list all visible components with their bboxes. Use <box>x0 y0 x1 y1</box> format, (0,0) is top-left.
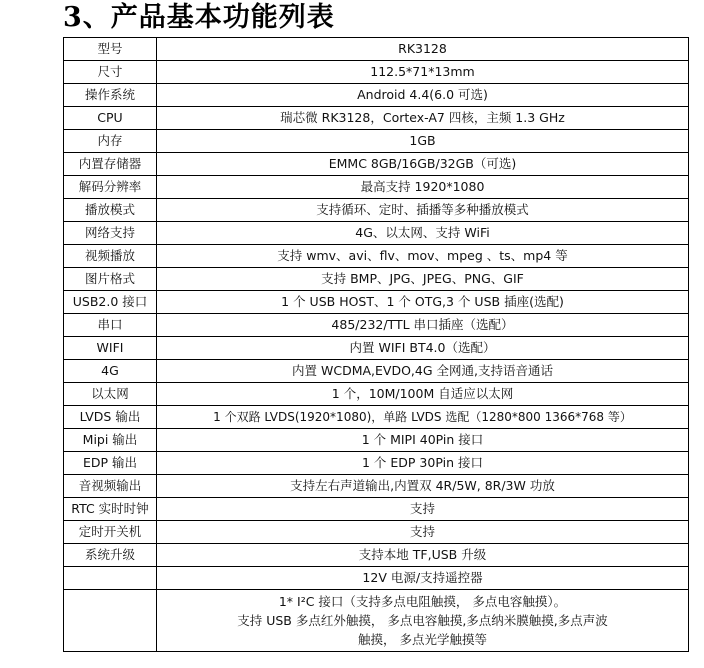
row-value: 12V 电源/支持遥控器 <box>157 567 689 590</box>
row-value: 支持 <box>157 498 689 521</box>
row-label: Mipi 输出 <box>64 429 157 452</box>
row-label: 解码分辨率 <box>64 176 157 199</box>
row-label: 图片格式 <box>64 268 157 291</box>
table-row: WIFI内置 WIFI BT4.0（选配） <box>64 337 689 360</box>
table-row: 定时开关机支持 <box>64 521 689 544</box>
row-label <box>64 590 157 652</box>
row-label: 操作系统 <box>64 84 157 107</box>
row-value: 1GB <box>157 130 689 153</box>
row-value: 支持 wmv、avi、flv、mov、mpeg 、ts、mp4 等 <box>157 245 689 268</box>
table-row: 网络支持4G、以太网、支持 WiFi <box>64 222 689 245</box>
table-row: 尺寸112.5*71*13mm <box>64 61 689 84</box>
row-value: 内置 WCDMA,EVDO,4G 全网通,支持语音通话 <box>157 360 689 383</box>
table-row: 图片格式支持 BMP、JPG、JPEG、PNG、GIF <box>64 268 689 291</box>
table-row: 内置存储器EMMC 8GB/16GB/32GB（可选) <box>64 153 689 176</box>
row-value: 支持循环、定时、插播等多种播放模式 <box>157 199 689 222</box>
row-label: 网络支持 <box>64 222 157 245</box>
row-label: 内置存储器 <box>64 153 157 176</box>
row-value: 内置 WIFI BT4.0（选配） <box>157 337 689 360</box>
row-label: 视频播放 <box>64 245 157 268</box>
row-value: 支持本地 TF,USB 升级 <box>157 544 689 567</box>
row-label: CPU <box>64 107 157 130</box>
spec-table: 型号RK3128 尺寸112.5*71*13mm 操作系统Android 4.4… <box>63 37 689 652</box>
table-row: 型号RK3128 <box>64 38 689 61</box>
row-label: RTC 实时时钟 <box>64 498 157 521</box>
row-label: 定时开关机 <box>64 521 157 544</box>
row-value: 1 个 USB HOST、1 个 OTG,3 个 USB 插座(选配) <box>157 291 689 314</box>
row-label: WIFI <box>64 337 157 360</box>
table-row-touch: 1* I²C 接口（支持多点电阻触摸， 多点电容触摸）。 支持 USB 多点红外… <box>64 590 689 652</box>
touch-line-3: 触摸， 多点光学触摸等 <box>157 630 688 649</box>
touch-line-2: 支持 USB 多点红外触摸， 多点电容触摸,多点纳米膜触摸,多点声波 <box>157 611 688 630</box>
table-row: 播放模式支持循环、定时、插播等多种播放模式 <box>64 199 689 222</box>
row-value: EMMC 8GB/16GB/32GB（可选) <box>157 153 689 176</box>
row-value: 1 个，10M/100M 自适应以太网 <box>157 383 689 406</box>
row-value: 112.5*71*13mm <box>157 61 689 84</box>
table-row: 音视频输出支持左右声道输出,内置双 4R/5W, 8R/3W 功放 <box>64 475 689 498</box>
row-value: 485/232/TTL 串口插座（选配） <box>157 314 689 337</box>
row-value: 瑞芯微 RK3128，Cortex-A7 四核，主频 1.3 GHz <box>157 107 689 130</box>
row-label <box>64 567 157 590</box>
table-row: 以太网1 个，10M/100M 自适应以太网 <box>64 383 689 406</box>
row-value-multiline: 1* I²C 接口（支持多点电阻触摸， 多点电容触摸）。 支持 USB 多点红外… <box>157 590 689 652</box>
row-label: 尺寸 <box>64 61 157 84</box>
row-value: Android 4.4(6.0 可选) <box>157 84 689 107</box>
row-label: 播放模式 <box>64 199 157 222</box>
row-label: USB2.0 接口 <box>64 291 157 314</box>
row-value: 4G、以太网、支持 WiFi <box>157 222 689 245</box>
table-row: Mipi 输出1 个 MIPI 40Pin 接口 <box>64 429 689 452</box>
table-row: 串口485/232/TTL 串口插座（选配） <box>64 314 689 337</box>
row-label: 内存 <box>64 130 157 153</box>
row-label: EDP 输出 <box>64 452 157 475</box>
row-label: 串口 <box>64 314 157 337</box>
table-row: 4G内置 WCDMA,EVDO,4G 全网通,支持语音通话 <box>64 360 689 383</box>
row-label: 4G <box>64 360 157 383</box>
row-value: RK3128 <box>157 38 689 61</box>
row-label: LVDS 输出 <box>64 406 157 429</box>
row-label: 音视频输出 <box>64 475 157 498</box>
table-row: CPU瑞芯微 RK3128，Cortex-A7 四核，主频 1.3 GHz <box>64 107 689 130</box>
table-row: RTC 实时时钟支持 <box>64 498 689 521</box>
row-value: 支持左右声道输出,内置双 4R/5W, 8R/3W 功放 <box>157 475 689 498</box>
table-row: 系统升级支持本地 TF,USB 升级 <box>64 544 689 567</box>
row-label: 系统升级 <box>64 544 157 567</box>
table-row: USB2.0 接口1 个 USB HOST、1 个 OTG,3 个 USB 插座… <box>64 291 689 314</box>
row-value: 1 个 MIPI 40Pin 接口 <box>157 429 689 452</box>
table-row: 12V 电源/支持遥控器 <box>64 567 689 590</box>
row-label: 型号 <box>64 38 157 61</box>
table-row: 视频播放支持 wmv、avi、flv、mov、mpeg 、ts、mp4 等 <box>64 245 689 268</box>
section-heading: 3、产品基本功能列表 <box>63 0 335 36</box>
table-row: 解码分辨率最高支持 1920*1080 <box>64 176 689 199</box>
row-label: 以太网 <box>64 383 157 406</box>
row-value: 支持 BMP、JPG、JPEG、PNG、GIF <box>157 268 689 291</box>
row-value: 最高支持 1920*1080 <box>157 176 689 199</box>
table-row: EDP 输出1 个 EDP 30Pin 接口 <box>64 452 689 475</box>
table-row: 操作系统Android 4.4(6.0 可选) <box>64 84 689 107</box>
row-value: 1 个 EDP 30Pin 接口 <box>157 452 689 475</box>
table-row: LVDS 输出1 个双路 LVDS(1920*1080)，单路 LVDS 选配（… <box>64 406 689 429</box>
row-value: 支持 <box>157 521 689 544</box>
touch-line-1: 1* I²C 接口（支持多点电阻触摸， 多点电容触摸）。 <box>157 592 688 611</box>
row-value: 1 个双路 LVDS(1920*1080)，单路 LVDS 选配（1280*80… <box>157 406 689 429</box>
table-row: 内存1GB <box>64 130 689 153</box>
